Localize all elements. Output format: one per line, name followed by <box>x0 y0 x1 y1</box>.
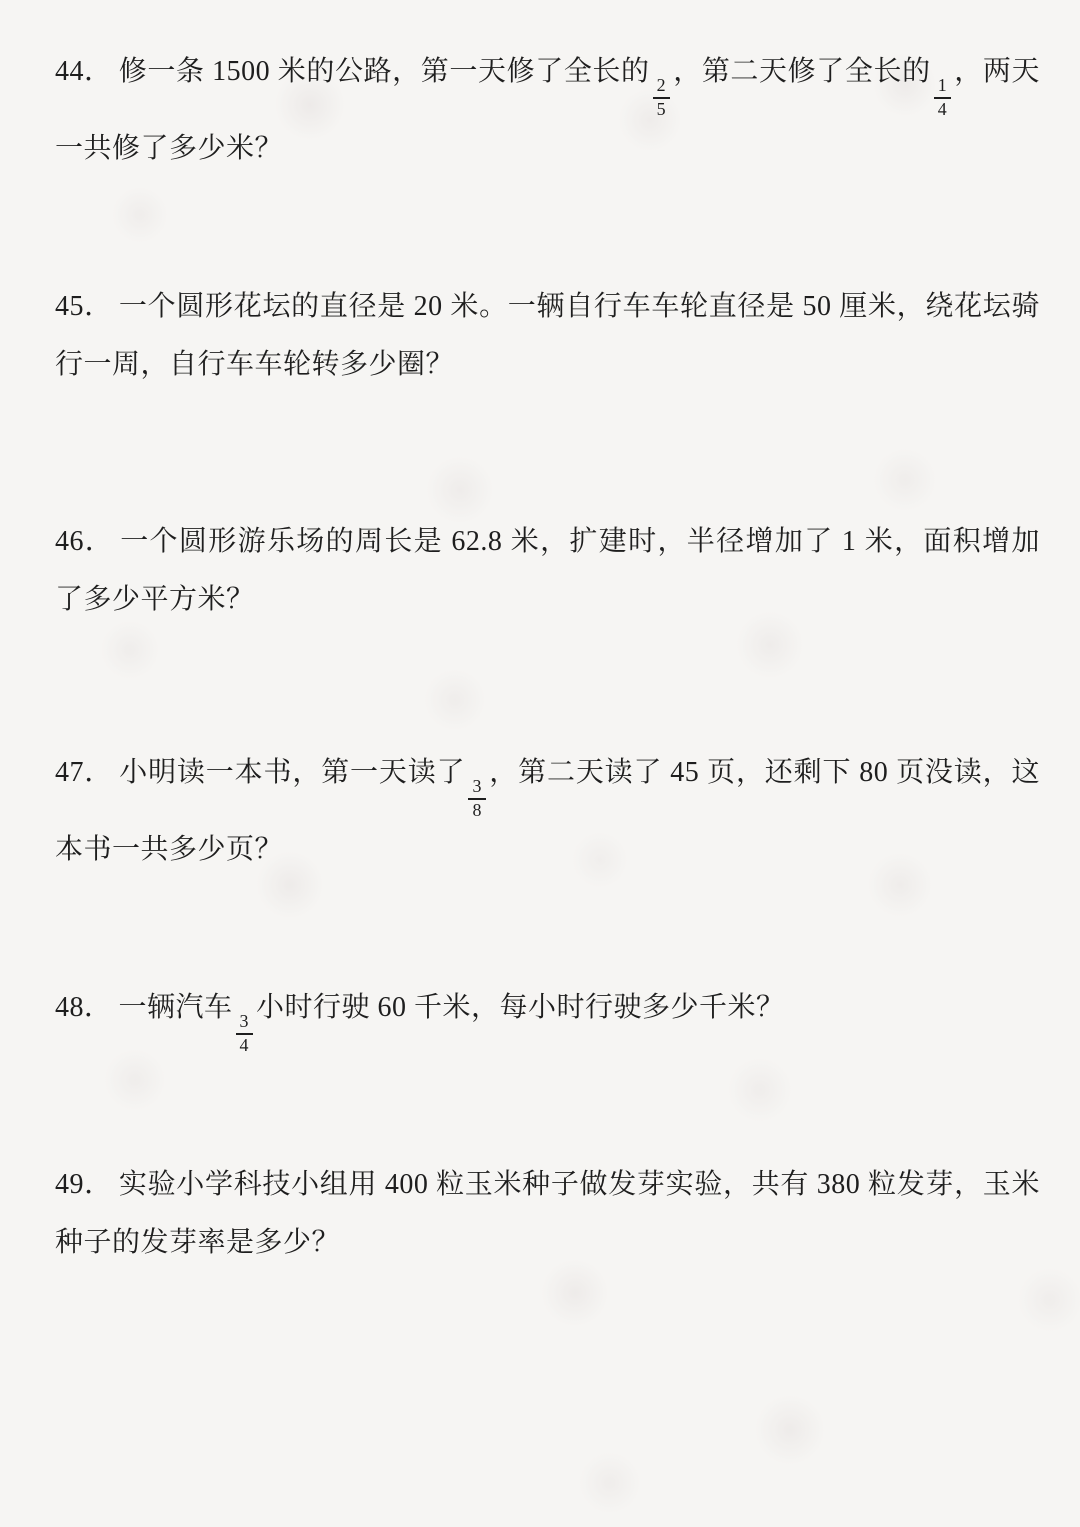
fraction: 34 <box>236 1012 253 1055</box>
problem-46: 46．一个圆形游乐场的周长是 62.8 米，扩建时，半径增加了 1 米，面积增加… <box>55 513 1040 629</box>
problem-text-segment: 小明读一本书，第一天读了 <box>119 757 465 788</box>
fraction-denominator: 4 <box>236 1035 253 1056</box>
fraction-denominator: 4 <box>934 99 951 120</box>
problem-number: 45． <box>55 291 113 322</box>
problem-number: 49． <box>55 1169 113 1200</box>
fraction-numerator: 2 <box>653 76 670 99</box>
problem-44: 44．修一条 1500 米的公路，第一天修了全长的25，第二天修了全长的14，两… <box>55 43 1040 178</box>
problem-text-segment: 小时行驶 60 千米，每小时行驶多少千米？ <box>256 992 785 1023</box>
problem-text-segment: 实验小学科技小组用 400 粒玉米种子做发芽实验，共有 380 粒发芽，玉米种子… <box>55 1169 1040 1258</box>
problem-text-segment: 修一条 1500 米的公路，第一天修了全长的 <box>119 56 650 87</box>
fraction-numerator: 3 <box>468 777 485 800</box>
problem-number: 46． <box>55 526 114 557</box>
problem-45: 45．一个圆形花坛的直径是 20 米。一辆自行车车轮直径是 50 厘米，绕花坛骑… <box>55 278 1040 394</box>
problem-text-segment: 一辆汽车 <box>119 992 233 1023</box>
problem-48: 48．一辆汽车34小时行驶 60 千米，每小时行驶多少千米？ <box>55 979 1040 1056</box>
problem-number: 44． <box>55 56 113 87</box>
fraction: 38 <box>468 777 485 820</box>
problem-text-segment: 一个圆形花坛的直径是 20 米。一辆自行车车轮直径是 50 厘米，绕花坛骑行一周… <box>55 291 1040 380</box>
fraction-denominator: 8 <box>468 800 485 821</box>
problem-text-segment: 一个圆形游乐场的周长是 62.8 米，扩建时，半径增加了 1 米，面积增加了多少… <box>55 526 1040 615</box>
fraction-numerator: 1 <box>934 76 951 99</box>
problem-47: 47．小明读一本书，第一天读了38，第二天读了 45 页，还剩下 80 页没读，… <box>55 744 1040 879</box>
problem-number: 47． <box>55 757 113 788</box>
problem-49: 49．实验小学科技小组用 400 粒玉米种子做发芽实验，共有 380 粒发芽，玉… <box>55 1156 1040 1272</box>
problem-text-segment: ，第二天修了全长的 <box>673 56 931 87</box>
fraction: 25 <box>653 76 670 119</box>
fraction-numerator: 3 <box>236 1012 253 1035</box>
problem-number: 48． <box>55 992 113 1023</box>
fraction: 14 <box>934 76 951 119</box>
fraction-denominator: 5 <box>653 99 670 120</box>
